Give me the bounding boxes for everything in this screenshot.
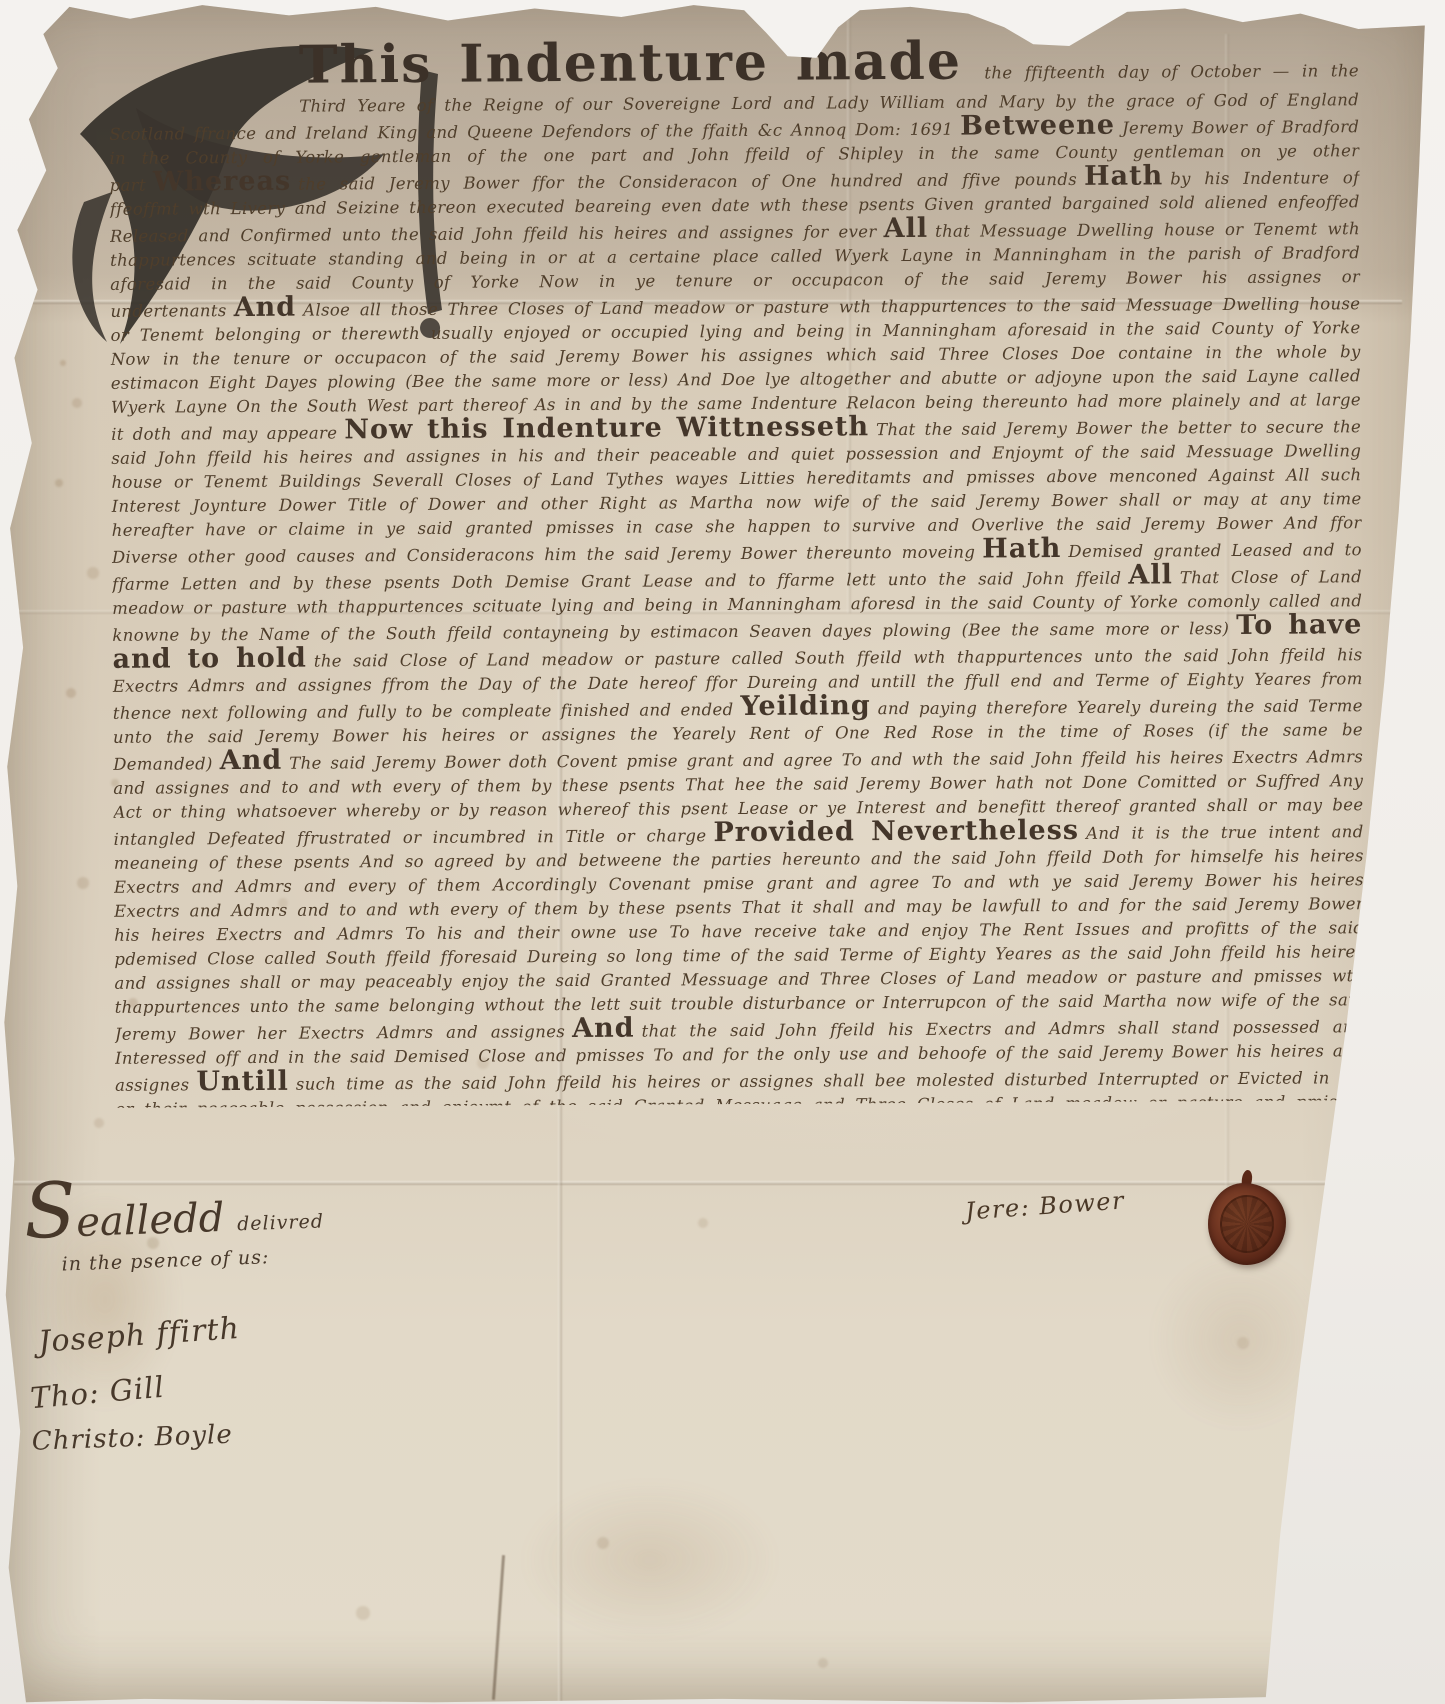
- body-text-segment: Betweene: [960, 110, 1115, 142]
- body-text-segment: Yeilding: [740, 690, 870, 722]
- body-text-segment: such time as the said John ffeild his he…: [115, 1068, 1365, 1108]
- witness-signature: Tho: Gill: [29, 1355, 360, 1414]
- body-text-segment: Now this Indenture Wittnesseth: [344, 411, 869, 445]
- sealed-word: Sealledd: [23, 1195, 225, 1248]
- body-text-segment: And: [220, 745, 283, 776]
- foxing-spots: [60, 360, 66, 366]
- body-text-segment: And: [234, 292, 297, 323]
- attestation-block: Sealledd delivred in the psence of us: J…: [23, 1179, 363, 1478]
- body-text-segment: Whereas: [153, 166, 291, 198]
- document-body: This Indenture made the ffifteenth day o…: [109, 30, 1366, 1108]
- body-text-segment: Untill: [196, 1066, 289, 1098]
- body-text-segment: All: [883, 213, 928, 244]
- witness-signature: Joseph ffirth: [37, 1306, 358, 1358]
- body-text-segment: Hath: [982, 533, 1061, 564]
- age-stain: [520, 1480, 780, 1640]
- body-text-segment: And it is the true intent and meaneing o…: [114, 822, 1365, 1044]
- age-stain: [1150, 1250, 1330, 1430]
- body-text-segment: Provided Nevertheless: [713, 815, 1079, 848]
- paper-tear: [492, 1555, 505, 1700]
- red-wax-seal-icon: [1208, 1183, 1286, 1265]
- body-text-segment: And: [572, 1013, 635, 1044]
- delivered-word: delivred: [237, 1210, 325, 1235]
- attestation-lead: Sealledd delivred: [23, 1179, 355, 1252]
- photo-background: This Indenture made the ffifteenth day o…: [0, 0, 1445, 1704]
- witness-signature: Christo: Boyle: [31, 1415, 362, 1456]
- witness-signatures: Joseph ffirthTho: GillChristo: Boyle: [28, 1311, 362, 1456]
- body-text-segment: All: [1128, 559, 1173, 590]
- document-heading: This Indenture made: [299, 31, 962, 96]
- indenture-document: This Indenture made the ffifteenth day o…: [0, 0, 1445, 1704]
- grantor-signature: Jere: Bower: [964, 1186, 1126, 1225]
- body-text-segment: the said Jeremy Bower ffor the Considera…: [298, 170, 1077, 194]
- body-text-segment: Hath: [1084, 160, 1163, 191]
- layout-spacer: [109, 37, 299, 98]
